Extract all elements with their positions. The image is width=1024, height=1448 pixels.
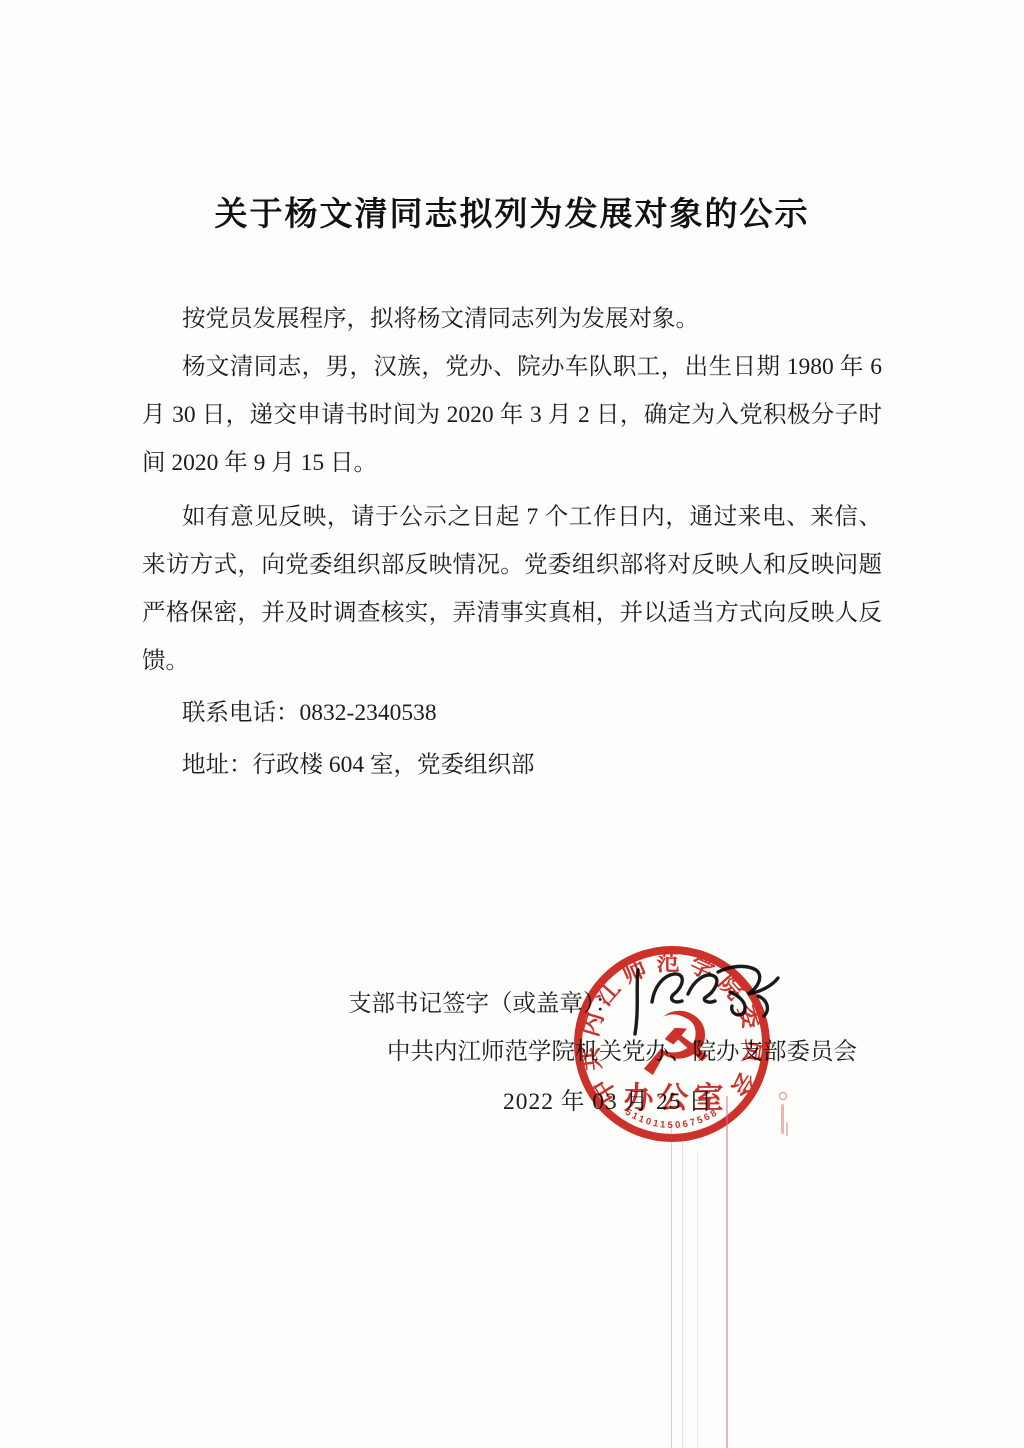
scan-artifact-line	[697, 1150, 698, 1448]
handwritten-signature	[618, 952, 788, 1047]
scan-artifact-line	[671, 1128, 672, 1448]
scanned-document-page: 关于杨文清同志拟列为发展对象的公示 按党员发展程序，拟将杨文清同志列为发展对象。…	[0, 0, 1024, 1448]
seal-ink-speck	[781, 1104, 784, 1134]
document-title: 关于杨文清同志拟列为发展对象的公示	[0, 188, 1024, 235]
scan-artifact-line	[682, 1142, 683, 1448]
scan-artifact-line	[726, 1096, 728, 1448]
paragraph-intro: 按党员发展程序，拟将杨文清同志列为发展对象。	[142, 295, 882, 343]
document-body: 按党员发展程序，拟将杨文清同志列为发展对象。 杨文清同志，男，汉族，党办、院办车…	[142, 295, 882, 789]
contact-address: 地址：行政楼 604 室，党委组织部	[142, 741, 882, 789]
paragraph-feedback: 如有意见反映，请于公示之日起 7 个工作日内，通过来电、来信、来访方式，向党委组…	[142, 493, 882, 685]
seal-ink-speck	[779, 1092, 787, 1100]
paragraph-profile: 杨文清同志，男，汉族，党办、院办车队职工，出生日期 1980 年 6 月 30 …	[142, 343, 882, 487]
seal-ink-speck	[786, 1122, 788, 1136]
contact-phone: 联系电话：0832-2340538	[142, 689, 882, 737]
